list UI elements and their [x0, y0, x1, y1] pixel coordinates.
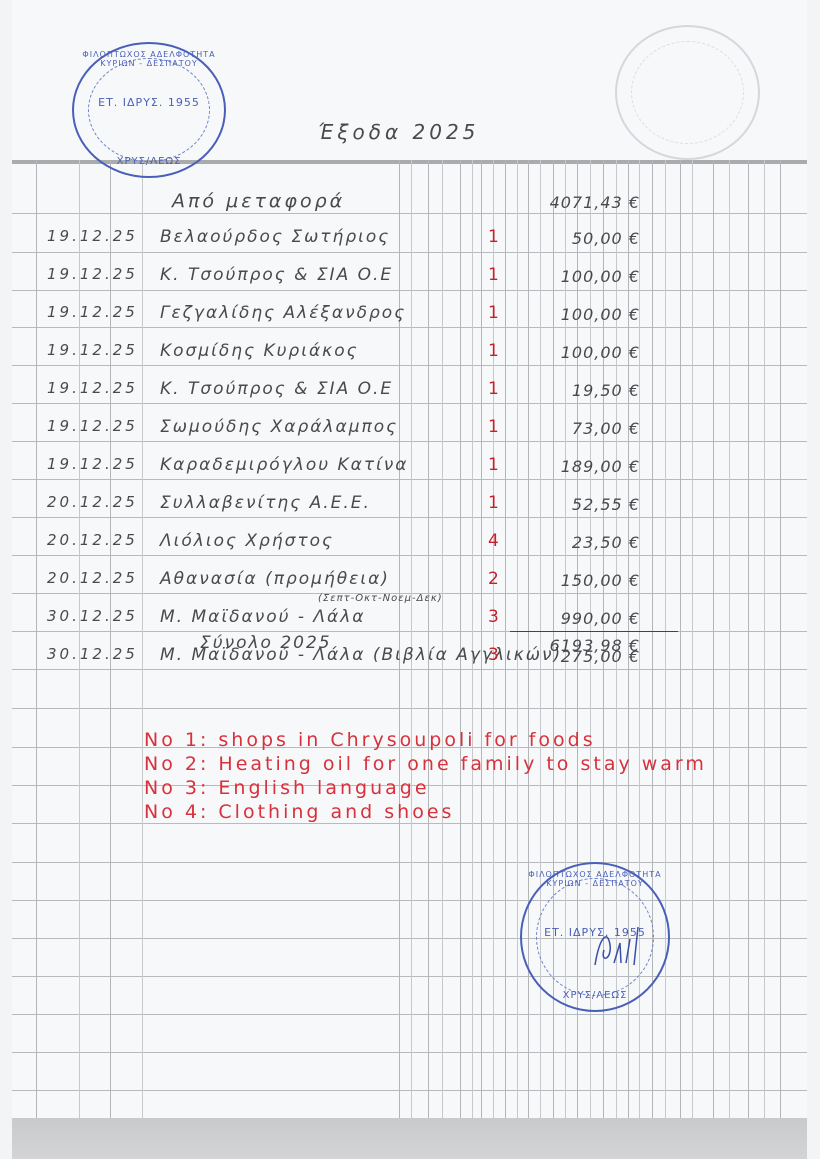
note-category-1: No 1: shops in Chrysoupoli for foods [144, 728, 707, 752]
total-amount: 6193,98 € [530, 636, 640, 655]
entry-payee: Μ. Μαϊδανού - Λάλα [160, 607, 366, 627]
sum-underline [510, 631, 678, 632]
entry-category: 1 [488, 379, 501, 399]
ruled-column [428, 160, 429, 1118]
entry-date: 19.12.25 [47, 303, 138, 321]
entry-amount: 100,00 € [530, 267, 640, 286]
ruled-line [12, 517, 807, 518]
ruled-line [12, 900, 807, 901]
ruled-column [442, 160, 443, 1118]
carry-forward-label: Από μεταφορά [172, 190, 345, 212]
ruled-line [12, 327, 807, 328]
ruled-line [12, 1090, 807, 1091]
entry-date: 20.12.25 [47, 569, 138, 587]
entry-amount: 23,50 € [530, 533, 640, 552]
ruled-column [481, 160, 482, 1118]
entry-amount: 100,00 € [530, 343, 640, 362]
entry-date: 20.12.25 [47, 531, 138, 549]
ruled-column [460, 160, 461, 1118]
ruled-line [12, 938, 807, 939]
entry-category: 3 [488, 607, 501, 627]
ruled-line [12, 290, 807, 291]
ruled-line [12, 555, 807, 556]
ruled-line [12, 365, 807, 366]
entry-payee: Κ. Τσούπρος & ΣΙΑ Ο.Ε [160, 265, 393, 285]
ruled-column [692, 160, 693, 1118]
entry-category: 1 [488, 417, 501, 437]
stamp-bottom-text-2: ΧΡΥΣ/ΛΕΩΣ [522, 990, 668, 1001]
ruled-line [12, 213, 807, 214]
stamp-ring-text-2: ΦΙΛΟΠΤΩΧΟΣ ΑΔΕΛΦΟΤΗΤΑ ΚΥΡΙΩΝ - ΔΕΣΠΑΤΟΥ [522, 870, 668, 888]
ruled-column [780, 160, 781, 1118]
entry-amount: 189,00 € [530, 457, 640, 476]
entry-date: 19.12.25 [47, 227, 138, 245]
note-category-3: No 3: English language [144, 776, 707, 800]
entry-date: 19.12.25 [47, 455, 138, 473]
ruled-line [12, 1052, 807, 1053]
page-title: Έξοδα 2025 [318, 120, 479, 144]
ruled-column [713, 160, 714, 1118]
ruled-column [411, 160, 412, 1118]
note-category-4: No 4: Clothing and shoes [144, 800, 707, 824]
stamp-bottom-text: ΧΡΥΣ/ΛΕΩΣ [74, 156, 224, 167]
ruled-column [142, 160, 143, 1118]
ruled-line [12, 862, 807, 863]
ruled-line [12, 441, 807, 442]
entry-amount: 990,00 € [530, 609, 640, 628]
entry-amount: 52,55 € [530, 495, 640, 514]
entry-amount: 19,50 € [530, 381, 640, 400]
ruled-line [12, 708, 807, 709]
entry-payee: Λιόλιος Χρήστος [160, 531, 334, 551]
entry-category: 2 [488, 569, 501, 589]
entry-payee-note: (Σεπτ-Οκτ-Νοεμ-Δεκ) [318, 593, 443, 604]
entry-payee: Κ. Τσούπρος & ΣΙΑ Ο.Ε [160, 379, 393, 399]
note-category-2: No 2: Heating oil for one family to stay… [144, 752, 707, 776]
category-notes: No 1: shops in Chrysoupoli for foods No … [144, 728, 707, 824]
entry-date: 19.12.25 [47, 265, 138, 283]
entry-category: 1 [488, 493, 501, 513]
entry-amount: 150,00 € [530, 571, 640, 590]
ruled-column [517, 160, 518, 1118]
ruled-column [680, 160, 681, 1118]
ruled-column [729, 160, 730, 1118]
entry-category: 4 [488, 531, 501, 551]
stamp-faded-inner-ring [631, 41, 744, 144]
entry-date: 19.12.25 [47, 417, 138, 435]
entry-date: 20.12.25 [47, 493, 138, 511]
entry-date: 19.12.25 [47, 379, 138, 397]
entry-category: 1 [488, 227, 501, 247]
ruled-column [748, 160, 749, 1118]
entry-category: 1 [488, 265, 501, 285]
stamp-inner-ring [88, 58, 210, 162]
stamp-center-text: ΕΤ. ΙΔΡΥΣ. 1955 [74, 96, 224, 109]
stamp-ring-text: ΦΙΛΟΠΤΩΧΟΣ ΑΔΕΛΦΟΤΗΤΑ ΚΥΡΙΩΝ - ΔΕΣΠΑΤΟΥ [74, 50, 224, 68]
entry-payee: Αθανασία (προμήθεια) [160, 569, 390, 589]
ruled-column [665, 160, 666, 1118]
total-label: Σύνολο 2025 [200, 633, 332, 653]
ruled-line [12, 669, 807, 670]
stamp-top-left: ΦΙΛΟΠΤΩΧΟΣ ΑΔΕΛΦΟΤΗΤΑ ΚΥΡΙΩΝ - ΔΕΣΠΑΤΟΥ … [72, 42, 226, 178]
entry-amount: 100,00 € [530, 305, 640, 324]
ruled-column [36, 160, 37, 1118]
entry-amount: 50,00 € [530, 229, 640, 248]
entry-payee: Συλλαβενίτης Α.Ε.Ε. [160, 493, 371, 513]
ruled-line [12, 403, 807, 404]
entry-amount: 73,00 € [530, 419, 640, 438]
entry-payee: Βελαούρδος Σωτήριος [160, 227, 390, 247]
entry-payee: Καραδεμιρόγλου Κατίνα [160, 455, 409, 475]
entry-category: 3 [488, 645, 501, 665]
scan-shadow [12, 1118, 807, 1159]
ruled-line [12, 252, 807, 253]
ruled-column [764, 160, 765, 1118]
ruled-line [12, 631, 807, 632]
carry-forward-amount: 4071,43 € [530, 193, 640, 212]
signature-icon [590, 925, 640, 970]
ruled-column [528, 160, 529, 1118]
entry-payee: Κοσμίδης Κυριάκος [160, 341, 359, 361]
ruled-line [12, 1014, 807, 1015]
entry-category: 1 [488, 455, 501, 475]
entry-date: 19.12.25 [47, 341, 138, 359]
entry-payee: Γεζγαλίδης Αλέξανδρος [160, 303, 406, 323]
entry-payee: Σωμούδης Χαράλαμπος [160, 417, 398, 437]
entry-category: 1 [488, 303, 501, 323]
entry-date: 30.12.25 [47, 645, 138, 663]
ruled-column [472, 160, 473, 1118]
ruled-line [12, 479, 807, 480]
stamp-faded-top-right [615, 25, 760, 160]
ruled-column [505, 160, 506, 1118]
ruled-line [12, 976, 807, 977]
entry-category: 1 [488, 341, 501, 361]
entry-date: 30.12.25 [47, 607, 138, 625]
